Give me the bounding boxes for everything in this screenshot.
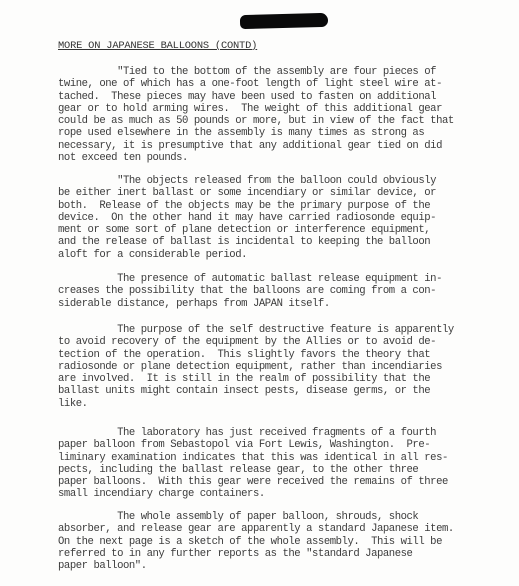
text-line: paper balloon". (58, 560, 478, 572)
text-line: ment or some sort of plane detection or … (58, 224, 478, 236)
text-line: tached. These pieces may have been used … (58, 91, 478, 103)
text-line: necessary, it is presumptive that any ad… (58, 140, 478, 152)
text-line: referred to in any further reports as th… (58, 548, 478, 560)
text-line: twine, one of which has a one-foot lengt… (58, 78, 478, 90)
paragraph-released-objects: "The objects released from the balloon c… (58, 175, 478, 261)
text-line: aloft for a considerable period. (58, 249, 478, 261)
text-line: On the next page is a sketch of the whol… (58, 536, 478, 548)
paragraph-fourth-balloon: The laboratory has just received fragmen… (58, 427, 478, 501)
text-line: paper balloons. With this gear were rece… (58, 476, 478, 488)
text-line: device. On the other hand it may have ca… (58, 212, 478, 224)
text-line: and the release of ballast is incidental… (58, 236, 478, 248)
text-line: The purpose of the self destructive feat… (58, 324, 478, 336)
text-line: "Tied to the bottom of the assembly are … (58, 66, 478, 78)
text-line: could be as much as 50 pounds or more, b… (58, 115, 478, 127)
text-line: be either inert ballast or some incendia… (58, 187, 478, 199)
text-line: are involved. It is still in the realm o… (58, 373, 478, 385)
text-line: not exceed ten pounds. (58, 152, 478, 164)
text-line: small incendiary charge containers. (58, 488, 478, 500)
paragraph-standard-balloon: The whole assembly of paper balloon, shr… (58, 511, 478, 572)
text-line: The whole assembly of paper balloon, shr… (58, 511, 478, 523)
text-line: liminary examination indicates that this… (58, 452, 478, 464)
text-line: tection of the operation. This slightly … (58, 349, 478, 361)
text-line: like. (58, 398, 478, 410)
text-line: The laboratory has just received fragmen… (58, 427, 478, 439)
text-line: "The objects released from the balloon c… (58, 175, 478, 187)
paragraph-self-destructive: The purpose of the self destructive feat… (58, 324, 478, 410)
paragraph-ballast-release: The presence of automatic ballast releas… (58, 273, 478, 310)
text-line: to avoid recovery of the equipment by th… (58, 336, 478, 348)
text-line: both. Release of the objects may be the … (58, 200, 478, 212)
text-line: paper balloon from Sebastopol via Fort L… (58, 439, 478, 451)
text-line: rope used elsewhere in the assembly is m… (58, 127, 478, 139)
text-line: ballast units might contain insect pests… (58, 385, 478, 397)
paragraph-twine-pieces: "Tied to the bottom of the assembly are … (58, 66, 478, 164)
redaction-mark (240, 13, 328, 29)
page-heading: MORE ON JAPANESE BALLOONS (CONTD) (58, 40, 257, 52)
text-line: radiosonde or plane detection equipment,… (58, 361, 478, 373)
text-line: pects, including the ballast release gea… (58, 464, 478, 476)
text-line: siderable distance, perhaps from JAPAN i… (58, 298, 478, 310)
text-line: gear or to hold arming wires. The weight… (58, 103, 478, 115)
text-line: The presence of automatic ballast releas… (58, 273, 478, 285)
text-line: creases the possibility that the balloon… (58, 285, 478, 297)
document-page: MORE ON JAPANESE BALLOONS (CONTD) "Tied … (0, 0, 519, 586)
text-line: absorber, and release gear are apparentl… (58, 523, 478, 535)
